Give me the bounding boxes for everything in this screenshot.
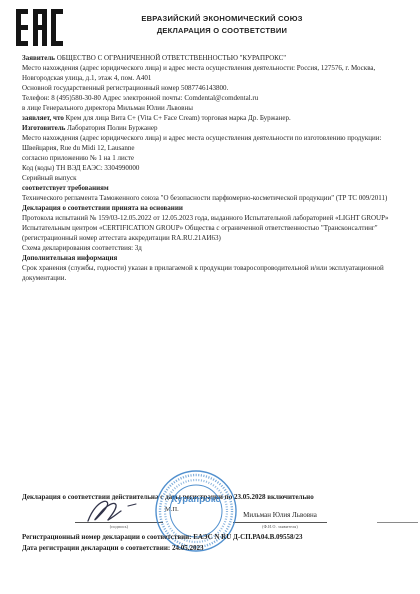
paragraph: Схема декларирования соответствия: 3д [22, 243, 400, 253]
validity-line: Декларация о соответствии действительна … [22, 493, 402, 501]
document-header: ЕВРАЗИЙСКИЙ ЭКОНОМИЧЕСКИЙ СОЮЗ ДЕКЛАРАЦИ… [24, 13, 420, 37]
body-paragraphs: Заявитель ОБЩЕСТВО С ОГРАНИЧЕННОЙ ОТВЕТС… [22, 53, 400, 283]
registration-number-value: ЕАЭС N RU Д-СП.РА04.В.09558/23 [193, 533, 302, 541]
registration-date-value: 24.05.2023 [172, 544, 204, 552]
paragraph: Заявитель ОБЩЕСТВО С ОГРАНИЧЕННОЙ ОТВЕТС… [22, 53, 400, 63]
paragraph: в лице Генерального директора Мильман Юл… [22, 103, 400, 113]
signature-icon [80, 497, 158, 525]
paragraph: Изготовитель Лаборатория Полин Буржанер [22, 123, 400, 133]
paragraph: Серийный выпуск [22, 173, 400, 183]
paragraph: Основной государственный регистрационный… [22, 83, 400, 93]
declaration-document: ЕВРАЗИЙСКИЙ ЭКОНОМИЧЕСКИЙ СОЮЗ ДЕКЛАРАЦИ… [0, 0, 420, 594]
paragraph: Телефон: 8 (495)580-30-80 Адрес электрон… [22, 93, 400, 103]
signer-caption: (Ф.И.О. заявителя) [233, 524, 327, 529]
paragraph: соответствует требованиям [22, 183, 400, 193]
paragraph: Технического регламента Таможенного союз… [22, 193, 400, 203]
document-title: ДЕКЛАРАЦИЯ О СООТВЕТСТВИИ [24, 25, 420, 37]
registration-date-line: Дата регистрации декларации о соответств… [22, 544, 412, 552]
signer-name: Мильман Юлия Львовна [233, 511, 327, 519]
paragraph: Место нахождения (адрес юридического лиц… [22, 133, 400, 153]
signature-line [75, 522, 163, 523]
registration-number-line: Регистрационный номер декларации о соотв… [22, 533, 412, 541]
stamp-place-label: М.П. [165, 506, 179, 513]
signature-caption: (подпись) [75, 524, 163, 529]
paragraph: заявляет, что Крем для лица Вита С+ (Vit… [22, 113, 400, 123]
paragraph: Срок хранения (службы, годности) указан … [22, 263, 400, 283]
extra-line [377, 522, 418, 523]
paragraph: Протокола испытаний № 159/03-12.05.2022 … [22, 213, 400, 243]
paragraph: согласно приложению № 1 на 1 листе [22, 153, 400, 163]
paragraph: Место нахождения (адрес юридического лиц… [22, 63, 400, 83]
paragraph: Дополнительная информация [22, 253, 400, 263]
signer-name-line [233, 522, 327, 523]
paragraph: Код (коды) ТН ВЭД ЕАЭС: 3304990000 [22, 163, 400, 173]
paragraph: Декларация о соответствии принята на осн… [22, 203, 400, 213]
registration-date-label: Дата регистрации декларации о соответств… [22, 544, 170, 552]
union-title: ЕВРАЗИЙСКИЙ ЭКОНОМИЧЕСКИЙ СОЮЗ [24, 13, 420, 25]
registration-number-label: Регистрационный номер декларации о соотв… [22, 533, 192, 541]
